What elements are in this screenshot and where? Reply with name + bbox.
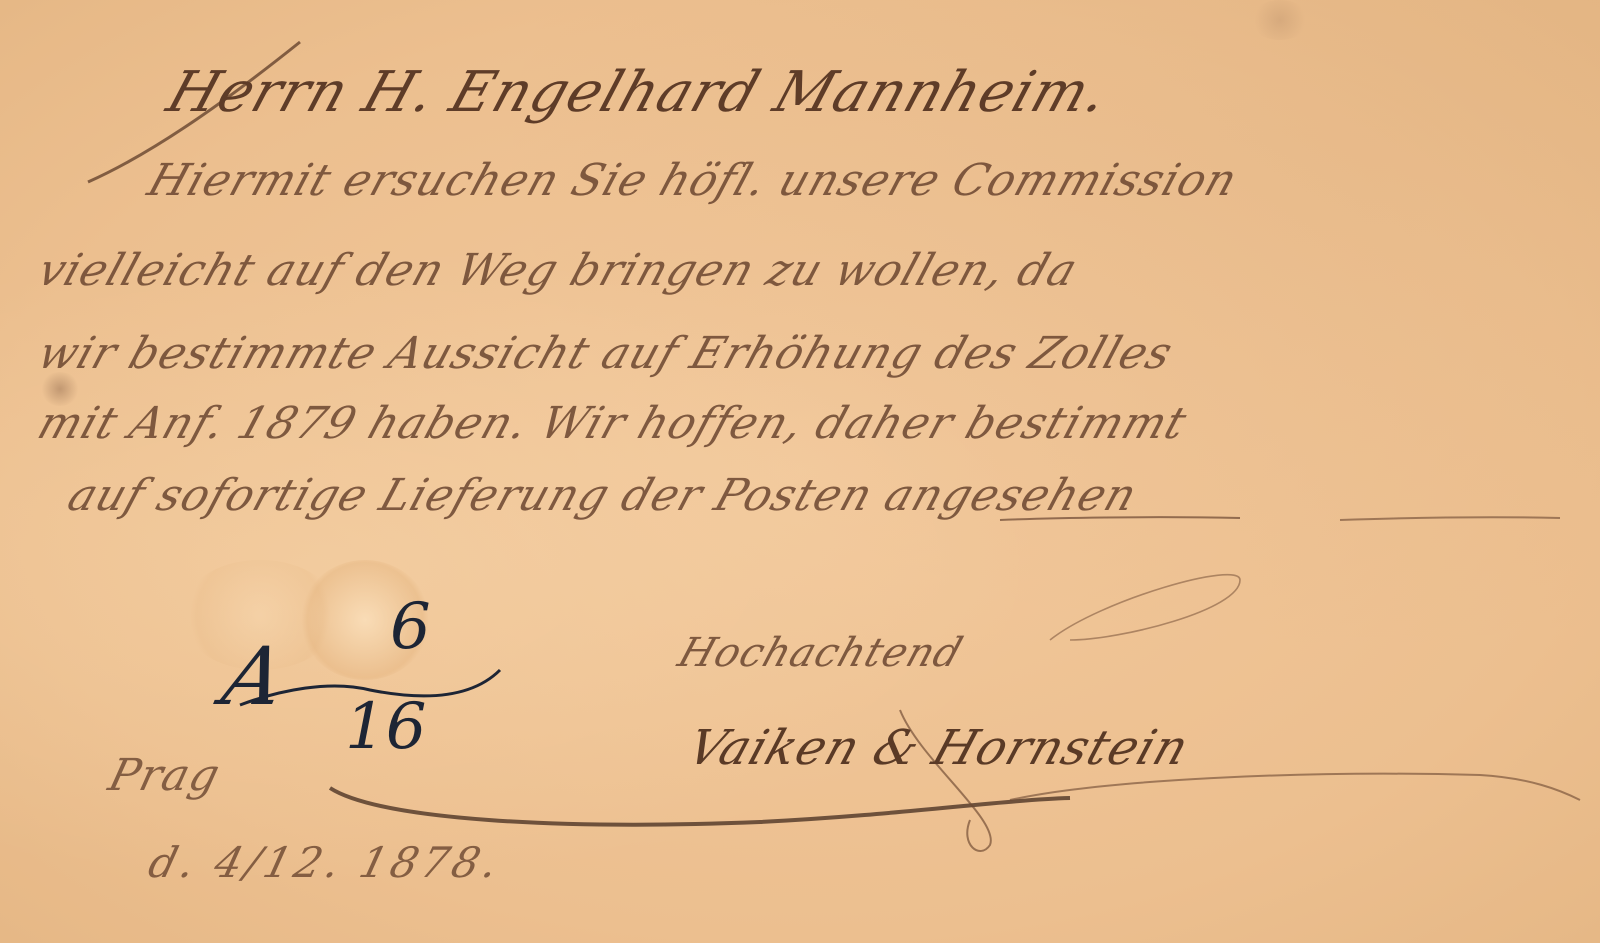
foxing-spot (1250, 0, 1310, 40)
postcard: Herrn H. Engelhard Mannheim. Hiermit ers… (0, 0, 1600, 943)
annotation-denominator: 16 (345, 690, 426, 764)
body-line-4: mit Anf. 1879 haben. Wir hoffen, daher b… (32, 398, 1194, 449)
body-line-2: vielleicht auf den Weg bringen zu wollen… (32, 245, 1084, 296)
date: d. 4/12. 1878. (144, 838, 507, 887)
annotation-numerator: 6 (390, 590, 431, 664)
closing-text: Hochachtend (673, 630, 969, 676)
body-line-5: auf sofortige Lieferung der Posten anges… (62, 470, 1144, 521)
address-salutation: Herrn H. Engelhard Mannheim. (159, 60, 1117, 125)
place-name: Prag (104, 750, 226, 801)
body-line-1: Hiermit ersuchen Sie höfl. unsere Commis… (142, 155, 1244, 206)
body-line-3: wir bestimmte Aussicht auf Erhöhung des … (32, 328, 1180, 379)
signature: Vaiken & Hornstein (681, 720, 1196, 776)
